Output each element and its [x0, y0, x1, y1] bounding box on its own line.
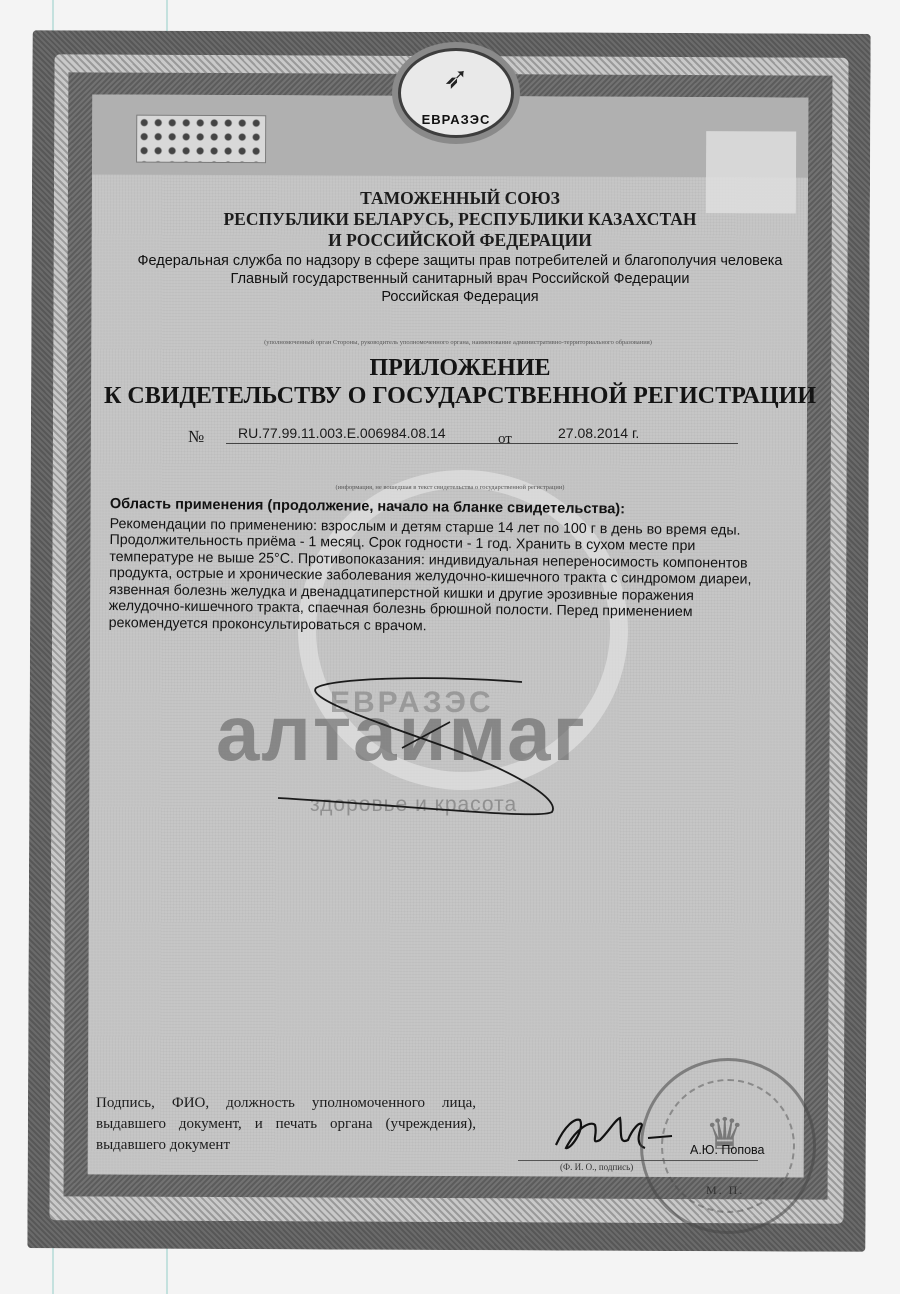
signature-caption: (Ф. И. О., подпись): [560, 1162, 633, 1172]
signatory-label: Подпись, ФИО, должность уполномоченного …: [96, 1093, 476, 1156]
seal-label: М. П.: [706, 1183, 744, 1198]
signer-name: А.Ю. Попова: [690, 1143, 765, 1157]
signature-line: [518, 1160, 758, 1161]
